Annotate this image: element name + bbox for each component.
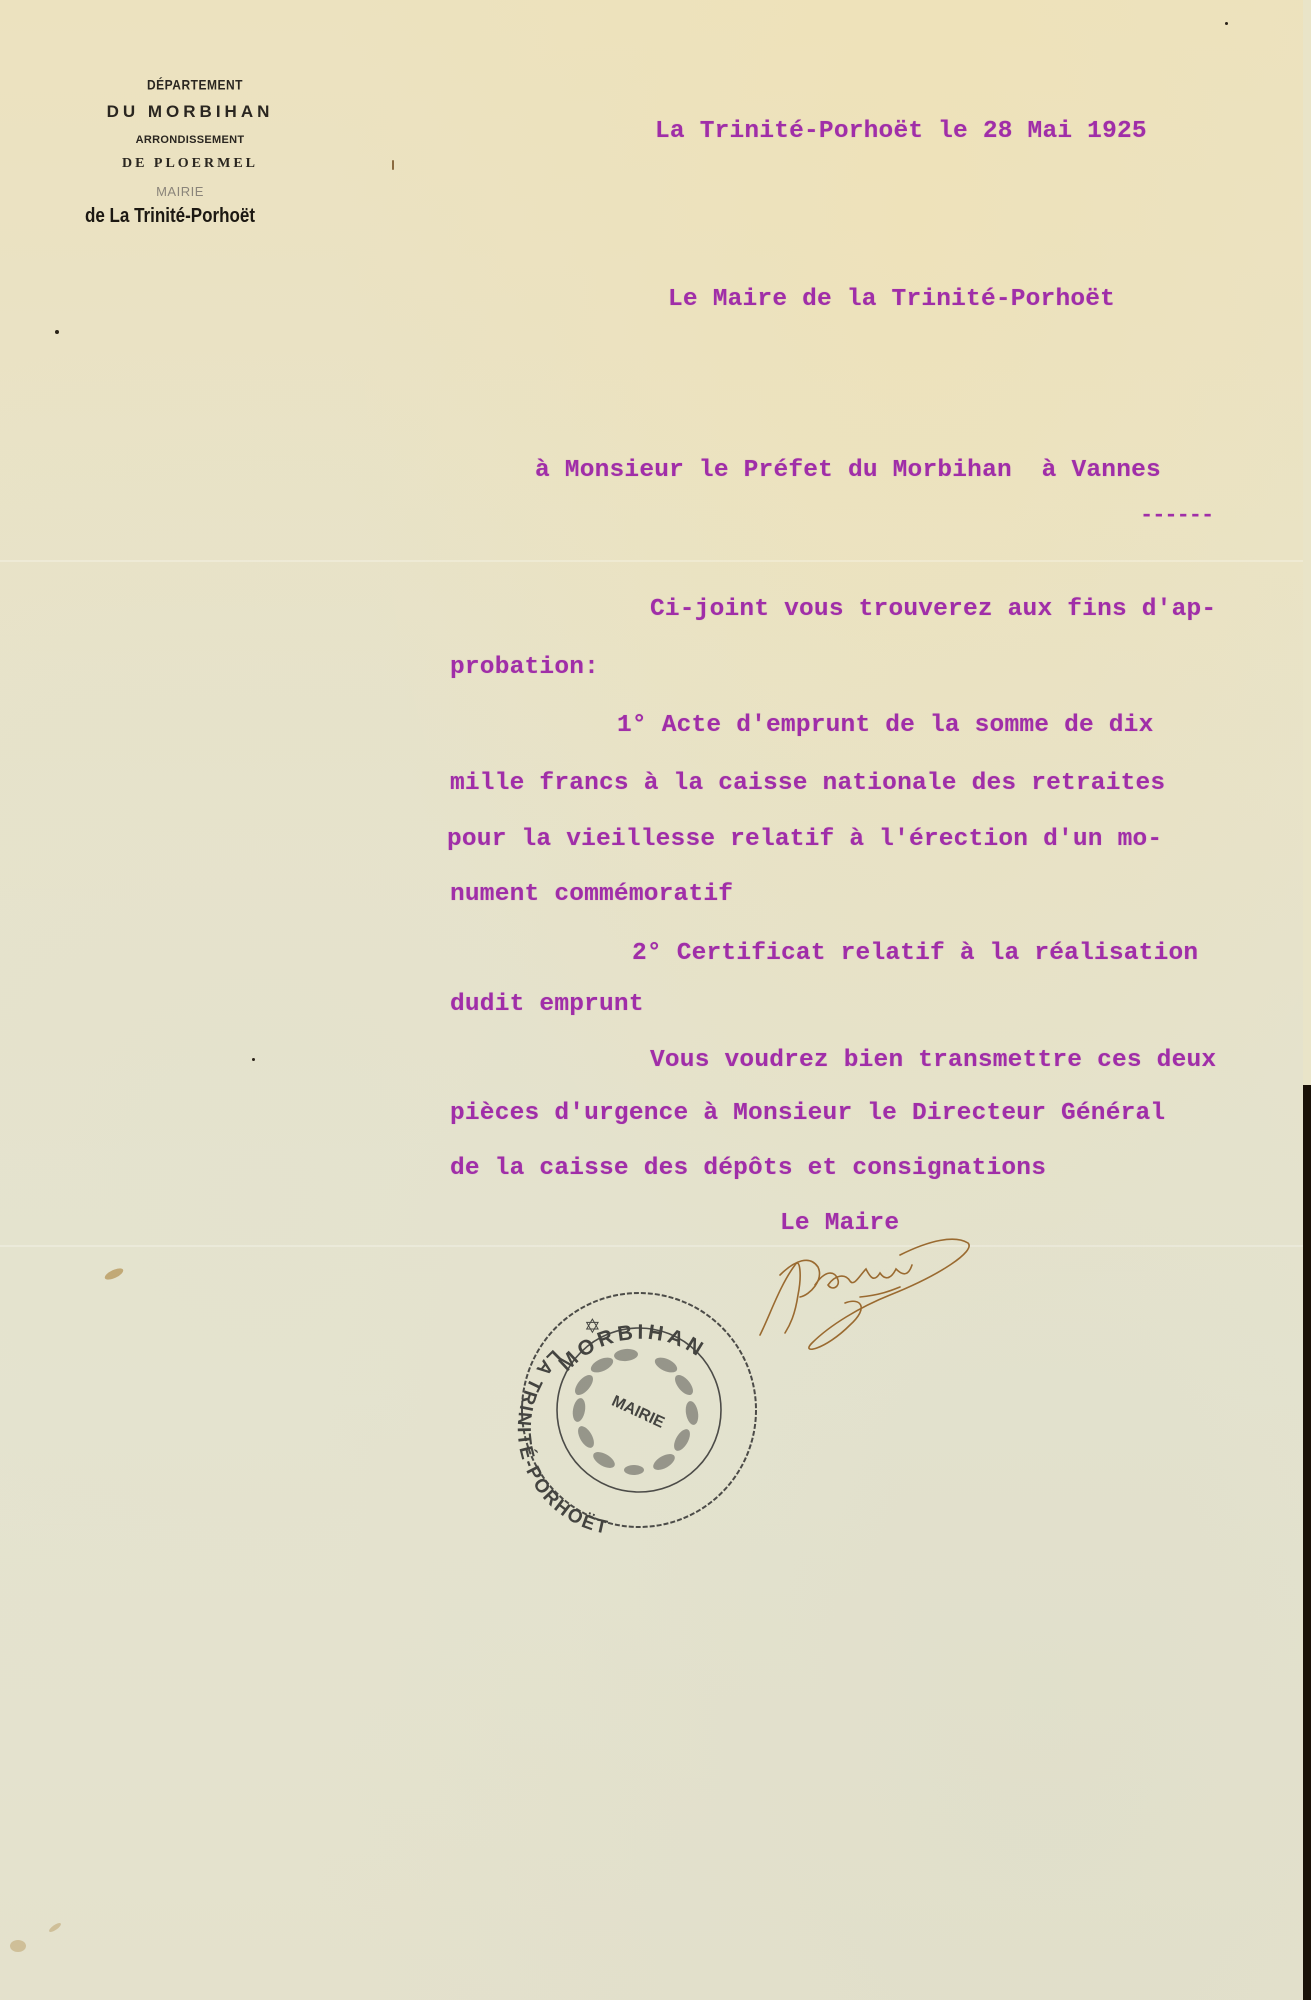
letterhead-town: de La Trinité-Porhoët — [51, 205, 289, 228]
body-line: dudit emprunt — [450, 991, 644, 1018]
body-line: 1° Acte d'emprunt de la somme de dix — [617, 712, 1154, 739]
letterhead-mairie-label: MAIRIE — [50, 184, 310, 199]
seal-top-text: MORBIHAN — [554, 1321, 710, 1376]
paper-fold — [0, 560, 1303, 562]
signature-icon — [740, 1225, 990, 1365]
body-line: Ci-joint vous trouverez aux fins d'ap- — [650, 596, 1216, 623]
paper-stain — [103, 1266, 125, 1282]
body-line: mille francs à la caisse nationale des r… — [450, 770, 1165, 797]
paper-speck — [1225, 22, 1228, 25]
paper-speck — [252, 1058, 255, 1061]
paper-speck — [392, 160, 394, 170]
place-date: La Trinité-Porhoët le 28 Mai 1925 — [655, 118, 1147, 145]
letterhead-department-label: DÉPARTEMENT — [80, 77, 310, 93]
seal-star-icon: ✡ — [584, 1316, 601, 1338]
sender-line: Le Maire de la Trinité-Porhoët — [668, 286, 1115, 313]
letterhead-arrondissement-label: ARRONDISSEMENT — [70, 134, 310, 146]
body-line: nument commémoratif — [450, 881, 733, 908]
body-line: de la caisse des dépôts et consignations — [450, 1155, 1046, 1182]
paper-stain — [10, 1940, 26, 1952]
body-line: pour la vieillesse relatif à l'érection … — [447, 826, 1162, 853]
paper-sheet: DÉPARTEMENT DU MORBIHAN ARRONDISSEMENT D… — [0, 0, 1303, 2000]
letterhead-department: DU MORBIHAN — [70, 102, 310, 122]
recipient-line: à Monsieur le Préfet du Morbihan à Vanne… — [535, 457, 1161, 484]
body-line: Vous voudrez bien transmettre ces deux — [650, 1047, 1216, 1074]
letterhead-arrondissement: DE PLOERMEL — [70, 156, 310, 172]
paper-stain — [48, 1921, 62, 1933]
scan-edge-shadow — [1303, 1085, 1311, 2000]
paper-fold — [0, 1245, 1303, 1247]
letterhead: DÉPARTEMENT DU MORBIHAN ARRONDISSEMENT D… — [40, 78, 310, 228]
seal-center-text: MAIRIE — [609, 1393, 667, 1432]
paper-speck — [55, 330, 59, 334]
recipient-underline: ------ — [1140, 503, 1213, 528]
svg-text:MORBIHAN: MORBIHAN — [554, 1321, 710, 1376]
official-seal-icon: MAIRIE MORBIHAN LA TRINITÉ-PORHOËT ✡ — [514, 1285, 764, 1535]
body-line: probation: — [450, 654, 599, 681]
body-line: 2° Certificat relatif à la réalisation — [632, 940, 1198, 967]
body-line: pièces d'urgence à Monsieur le Directeur… — [450, 1100, 1165, 1127]
